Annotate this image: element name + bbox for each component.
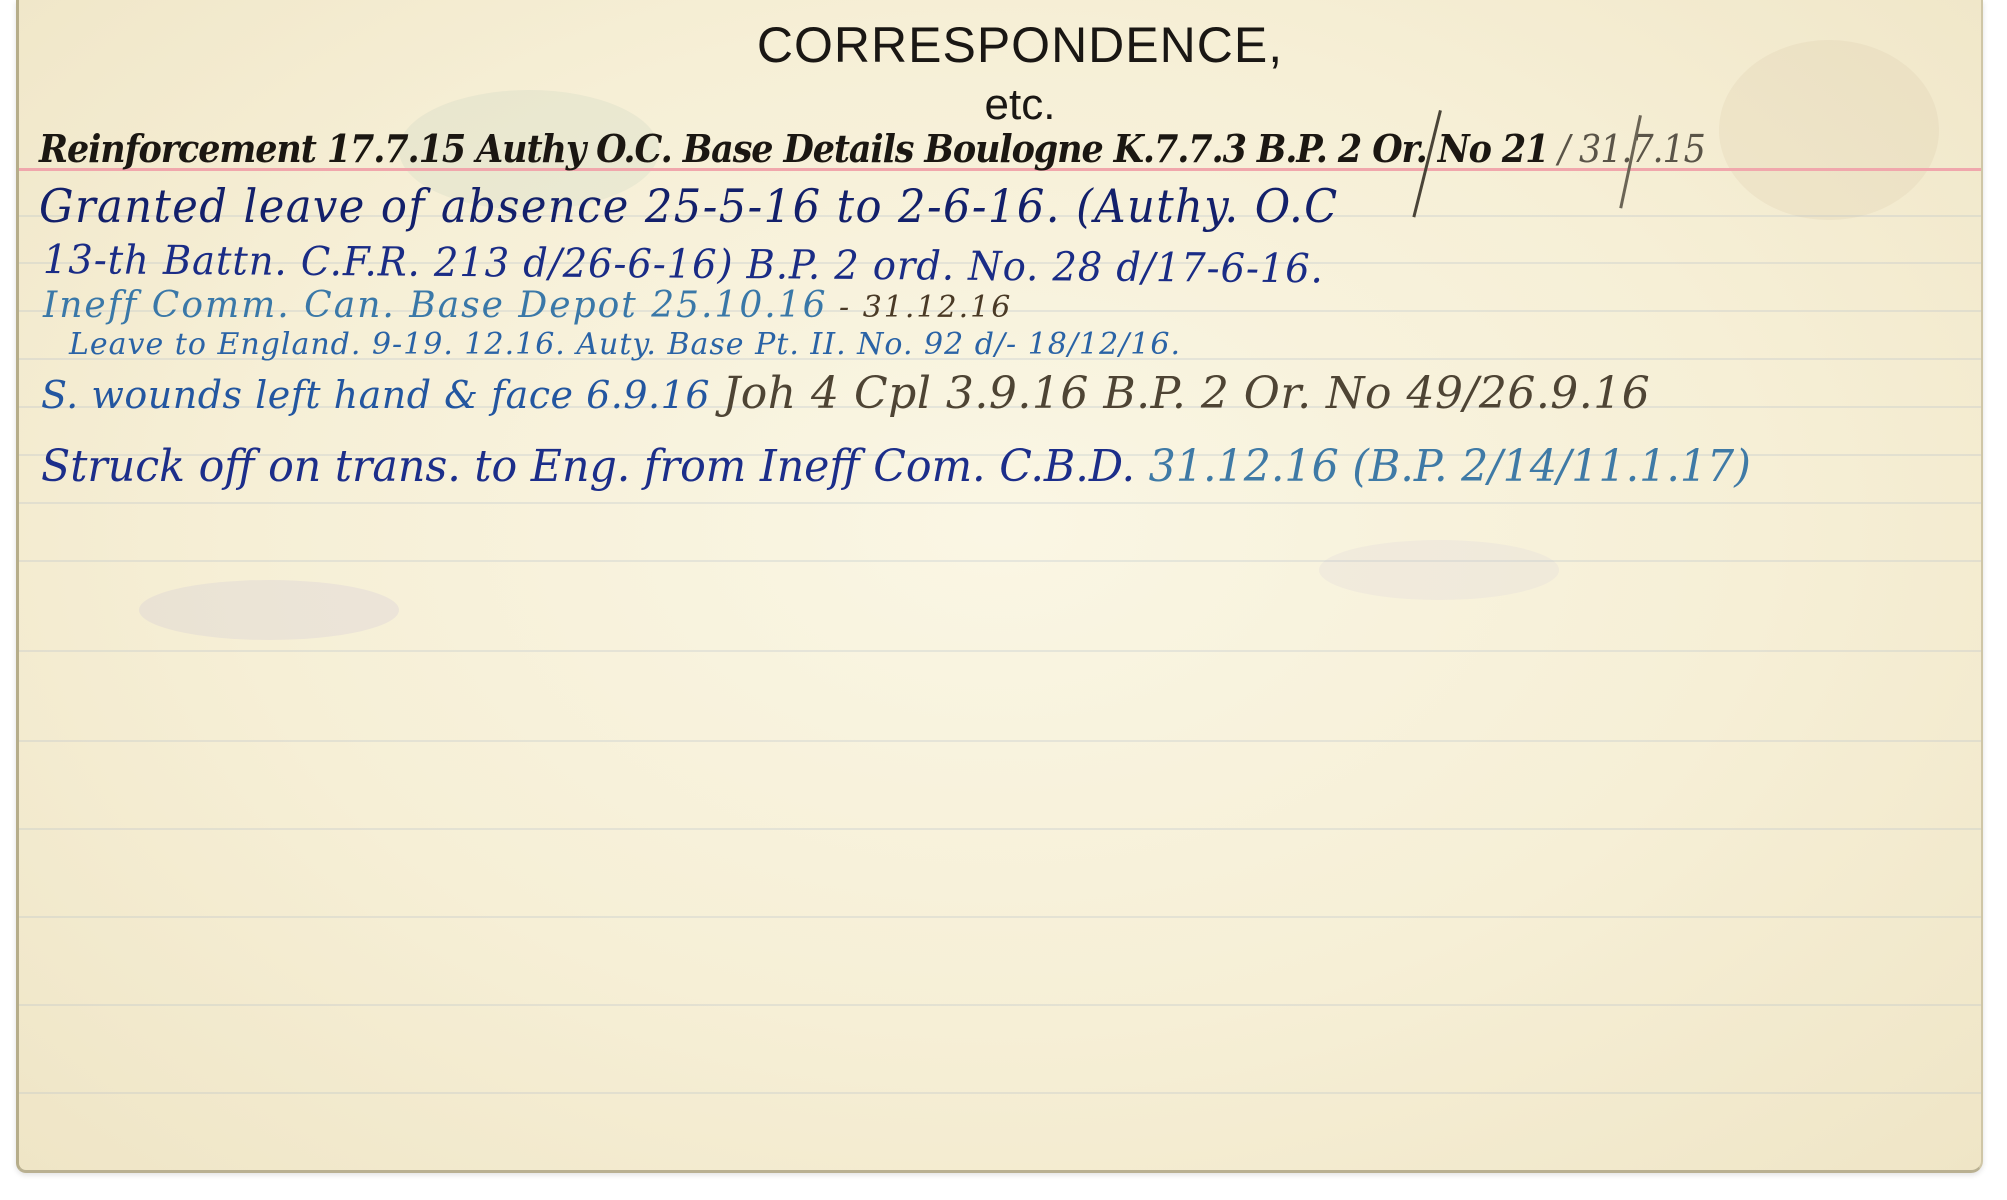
paper-stain <box>1319 540 1559 600</box>
ruled-line <box>19 650 1981 652</box>
entry-text: Struck off on trans. to Eng. from Ineff … <box>41 441 1135 492</box>
entry-text: Granted leave of absence 25-5-16 to 2-6-… <box>39 179 1339 233</box>
entry-leave-of-absence: Granted leave of absence 25-5-16 to 2-6-… <box>39 183 1339 229</box>
entry-wounds: S. wounds left hand & face 6.9.16 Joh 4 … <box>41 372 1650 416</box>
ruled-line <box>19 560 1981 562</box>
entry-text: S. wounds left hand & face 6.9.16 <box>41 373 723 417</box>
entry-text: Reinforcement 17.7.15 Authy O.C. Base De… <box>39 126 1548 171</box>
entry-leave-authority: 13-th Battn. C.F.R. 213 d/26-6-16) B.P. … <box>43 240 1324 289</box>
entry-ineffective-command: Ineff Comm. Can. Base Depot 25.10.16 - 3… <box>43 288 1012 324</box>
ruled-line <box>19 1004 1981 1006</box>
entry-date-note: / 31.7.15 <box>1548 127 1704 171</box>
ruled-line <box>19 1092 1981 1094</box>
paper-stain <box>139 580 399 640</box>
record-card: CORRESPONDENCE, etc. Reinforcement 17.7.… <box>16 0 1983 1173</box>
entry-date-note: 31.12.16 (B.P. 2/14/11.1.17) <box>1135 441 1751 492</box>
ruled-line <box>19 502 1981 504</box>
entry-date-note: - 31.12.16 <box>828 290 1013 325</box>
ruled-line <box>19 916 1981 918</box>
entry-promotion-note: Joh 4 Cpl 3.9.16 B.P. 2 Or. No 49/26.9.1… <box>723 368 1651 419</box>
ruled-line <box>19 828 1981 830</box>
entry-reinforcement: Reinforcement 17.7.15 Authy O.C. Base De… <box>39 130 1705 168</box>
entry-text: Leave to England. 9-19. 12.16. Auty. Bas… <box>69 327 1181 362</box>
header-subtitle: etc. <box>19 80 1981 130</box>
ruled-line <box>19 740 1981 742</box>
entry-leave-to-england: Leave to England. 9-19. 12.16. Auty. Bas… <box>69 330 1181 360</box>
header-title: CORRESPONDENCE, <box>19 16 1981 74</box>
entry-struck-off: Struck off on trans. to Eng. from Ineff … <box>41 445 1751 489</box>
entry-text: Ineff Comm. Can. Base Depot 25.10.16 <box>43 285 828 326</box>
